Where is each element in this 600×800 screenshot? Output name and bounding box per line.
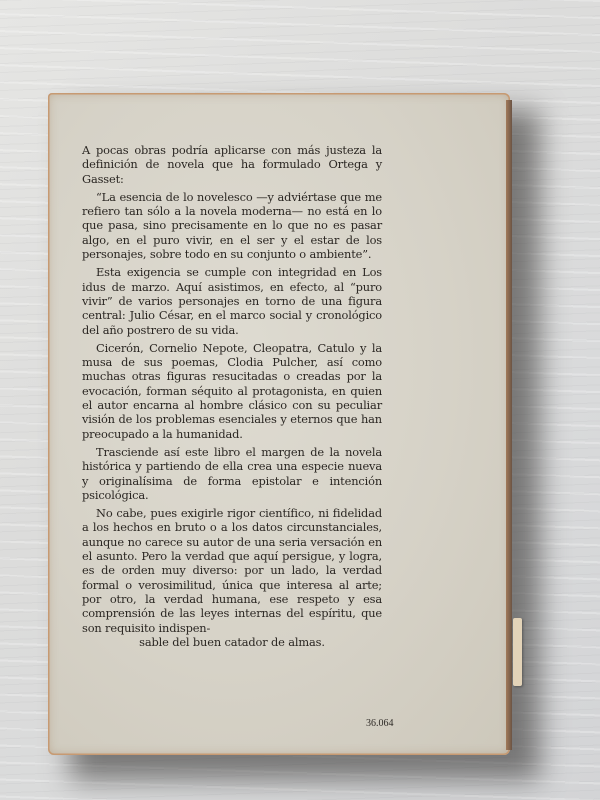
blurb-paragraph-4: Cicerón, Cornelio Nepote, Cleopatra, Cat… xyxy=(82,341,382,441)
torn-paper-scrap xyxy=(513,618,522,686)
blurb-closing-line: sable del buen catador de almas. xyxy=(82,635,382,649)
blurb-paragraph-6: No cabe, pues exigirle rigor científico,… xyxy=(82,506,382,635)
blurb-paragraph-3: Esta exigencia se cumple con integridad … xyxy=(82,265,382,336)
blurb-paragraph-5: Trasciende así este libro el margen de l… xyxy=(82,445,382,502)
blurb-text: A pocas obras podría aplicarse con más j… xyxy=(82,143,382,653)
blurb-paragraph-quote: “La esencia de lo novelesco —y adviértas… xyxy=(82,190,382,261)
book-spine-edge xyxy=(506,100,512,750)
blurb-paragraph-1: A pocas obras podría aplicarse con más j… xyxy=(82,143,382,186)
catalog-number: 36.064 xyxy=(366,718,394,729)
